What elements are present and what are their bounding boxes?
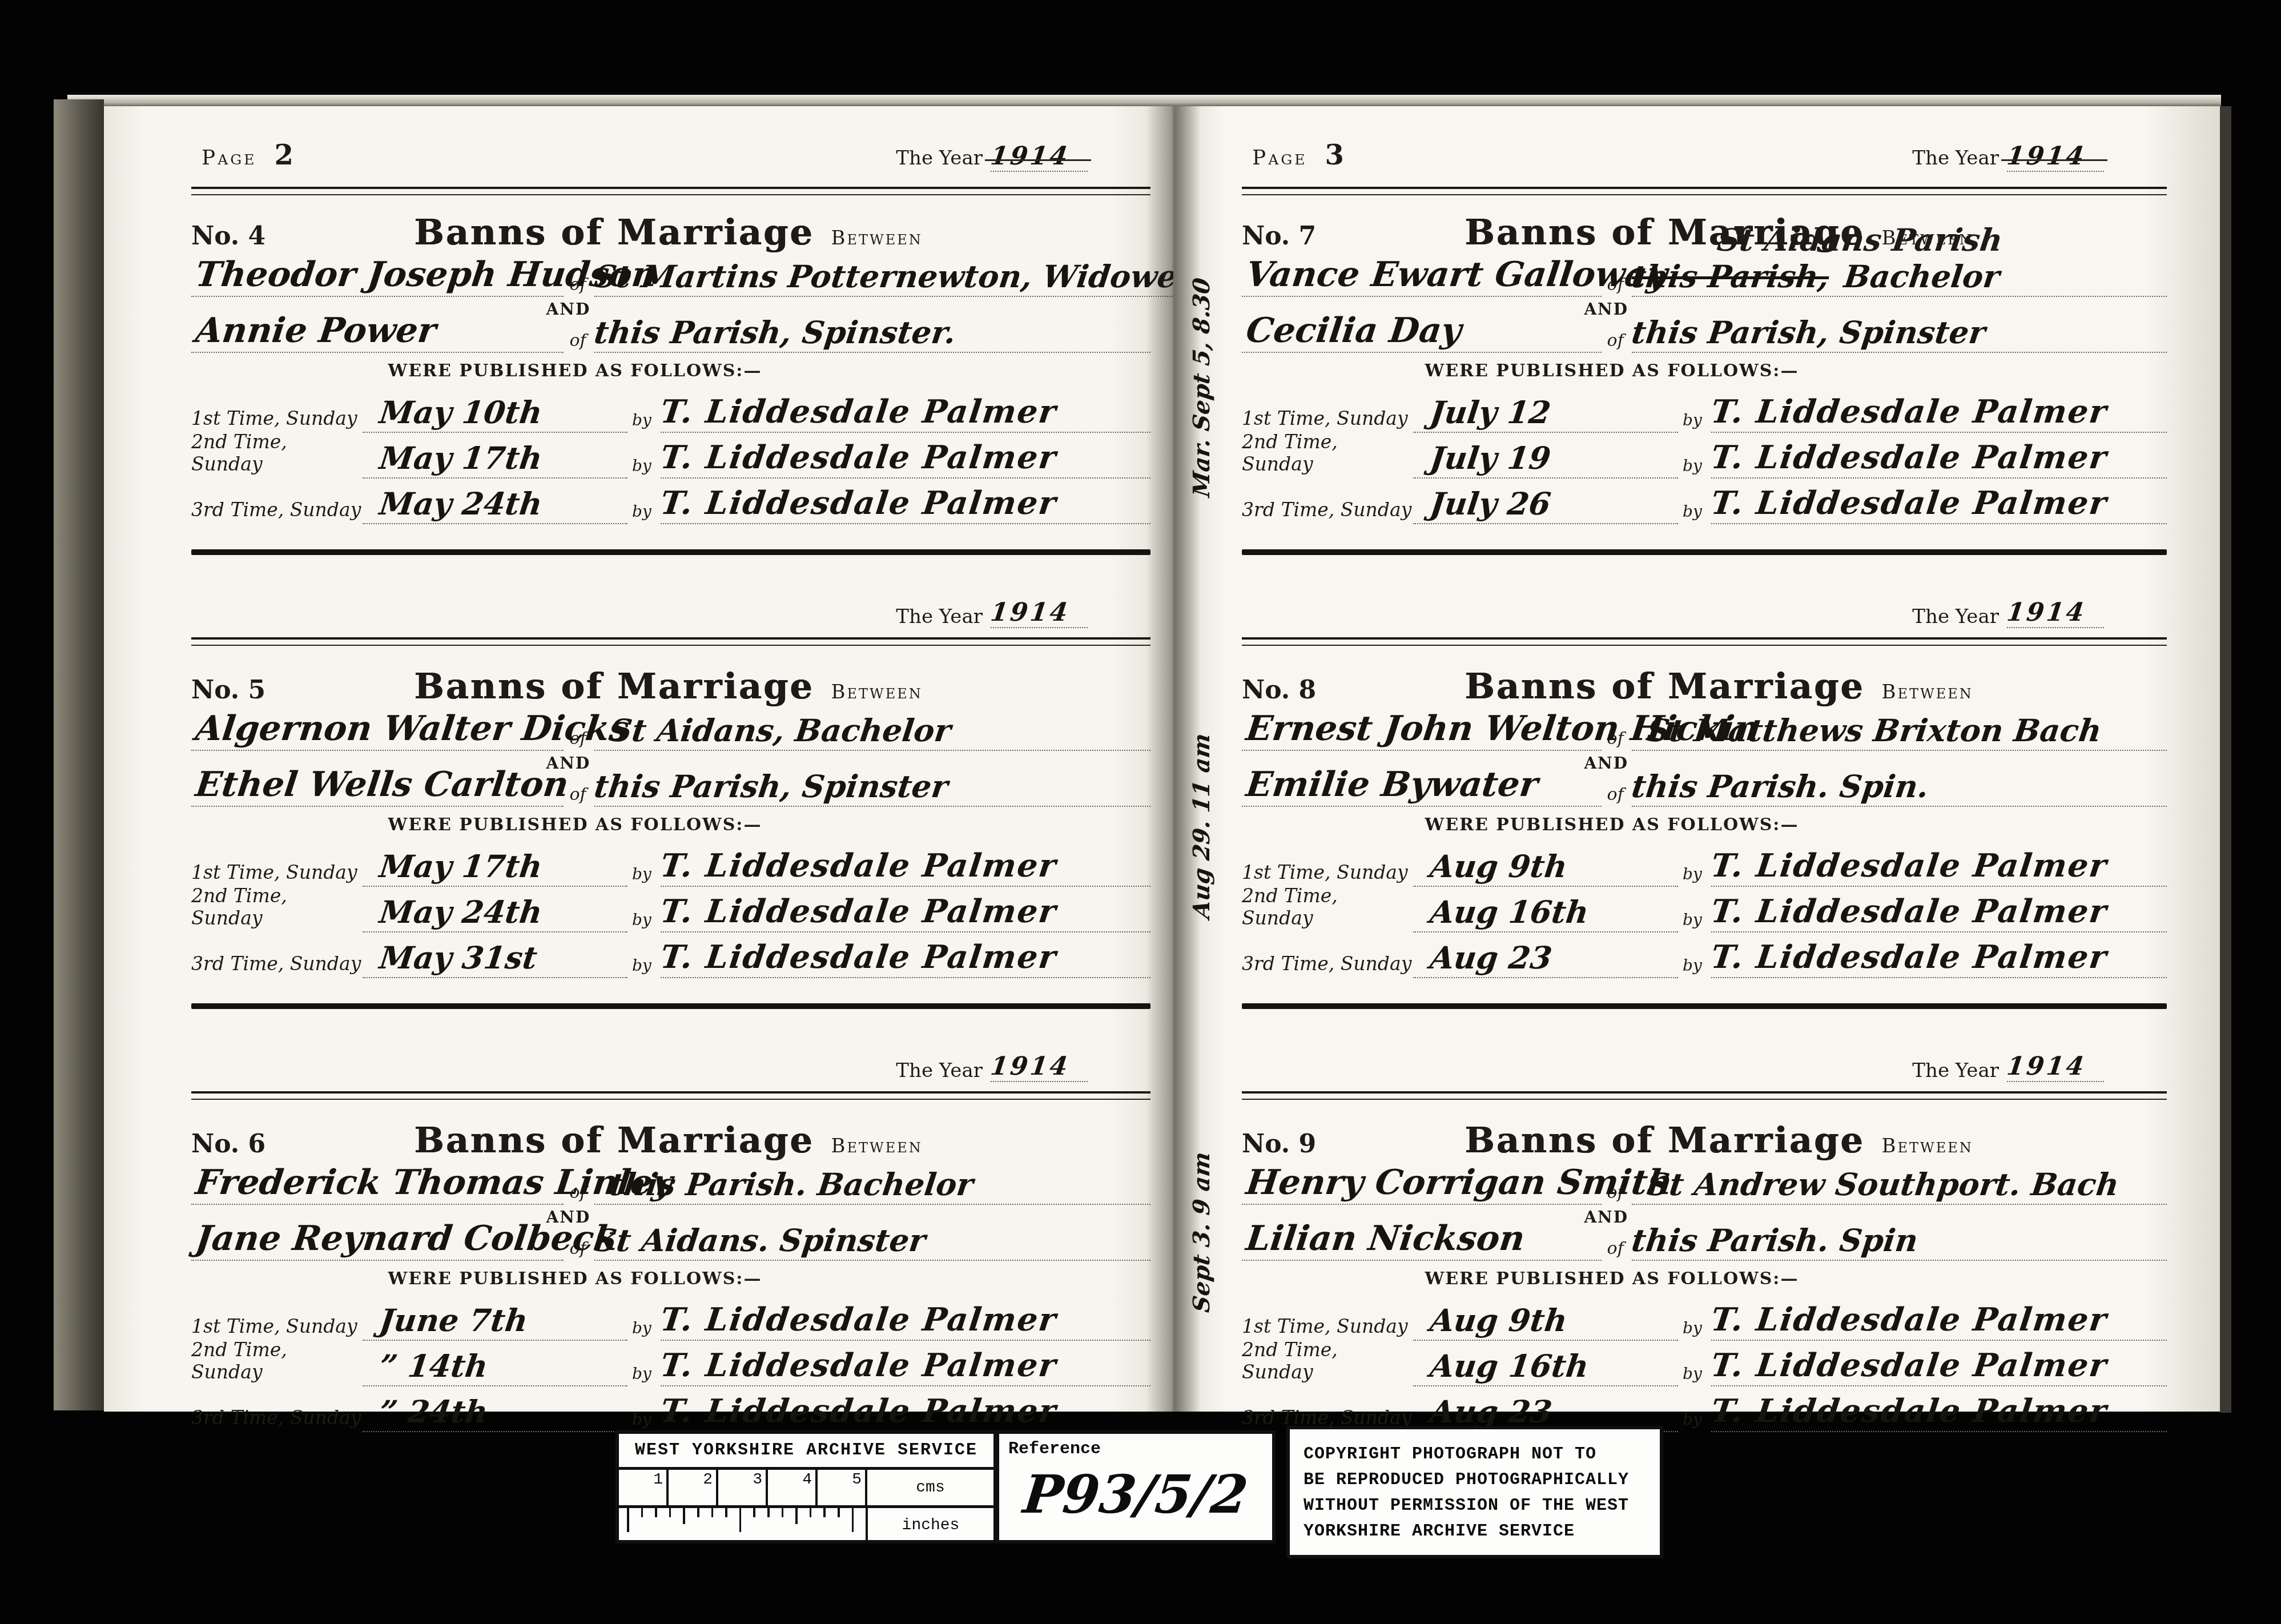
minister-name: T. Liddesdale Palmer: [1709, 484, 2110, 522]
time-date: May 24th: [377, 485, 544, 522]
by-label: by: [1678, 956, 1711, 978]
ruler-inch-row: inches: [619, 1508, 993, 1543]
reference-value: P93/5/2: [1005, 1464, 1266, 1525]
entry-number: No. 9: [1242, 1129, 1356, 1159]
minister-name: T. Liddesdale Palmer: [1709, 439, 2110, 476]
by-label: by: [627, 1364, 661, 1386]
book-spread: Page 2 The Year 1914 No. 4 Banns of Marr…: [104, 106, 2221, 1412]
double-rule: [1242, 1091, 2167, 1100]
time-date: ” 24th: [377, 1393, 490, 1430]
bride-residence: this Parish, Spinster: [1630, 314, 1988, 351]
book-cover-edge-right: [2220, 106, 2231, 1413]
time-row: 1st Time, Sunday July 12 by T. Liddesdal…: [1242, 391, 2167, 433]
archive-title: WEST YORKSHIRE ARCHIVE SERVICE: [619, 1434, 993, 1470]
page-label: Page: [1252, 146, 1308, 170]
time-date: Aug 9th: [1428, 848, 1569, 885]
bride-residence: this Parish, Spinster.: [592, 314, 958, 351]
year-value: 1914: [989, 142, 1072, 171]
time-row: 2nd Time, Sunday ” 14th by T. Liddesdale…: [191, 1341, 1150, 1386]
by-label: by: [1678, 411, 1711, 433]
of-label: of: [564, 331, 594, 353]
book-top-edge: [67, 95, 2221, 106]
bride-row: Ethel Wells Carlton of this Parish, Spin…: [191, 775, 1150, 807]
time-label: 2nd Time, Sunday: [191, 431, 363, 479]
page-2: Page 2 The Year 1914 No. 4 Banns of Marr…: [104, 106, 1173, 1412]
double-rule: [1242, 637, 2167, 646]
by-label: by: [627, 456, 661, 479]
entry-number: No. 5: [191, 676, 305, 705]
minister-name: T. Liddesdale Palmer: [658, 847, 1059, 885]
bride-row: Emilie Bywater of this Parish. Spin.: [1242, 775, 2167, 807]
time-row: 3rd Time, Sunday Aug 23 by T. Liddesdale…: [1242, 932, 2167, 978]
cm-number: 3: [718, 1470, 768, 1505]
double-rule: [191, 637, 1150, 646]
groom-name: Theodor Joseph Hudson: [194, 255, 659, 295]
time-label: 3rd Time, Sunday: [191, 1406, 363, 1432]
time-label: 2nd Time, Sunday: [191, 1338, 363, 1386]
bride-name: Jane Reynard Colbeck: [194, 1219, 620, 1259]
minister-name: T. Liddesdale Palmer: [658, 893, 1059, 930]
minister-name: T. Liddesdale Palmer: [658, 1346, 1059, 1384]
gutter-shadow: [1146, 106, 1201, 1412]
minister-name: T. Liddesdale Palmer: [1709, 393, 2110, 431]
residence-text: Bachelor: [1842, 258, 2002, 295]
ruler-ticks: [619, 1508, 868, 1543]
entry-number: No. 4: [191, 222, 305, 251]
cms-label: cms: [867, 1470, 993, 1505]
time-row: 3rd Time, Sunday May 24th by T. Liddesda…: [191, 479, 1150, 524]
cm-number: 1: [619, 1470, 669, 1505]
by-label: by: [627, 865, 661, 887]
banns-entry: No. 7 Banns of Marriage Between Vance Ew…: [1242, 211, 2167, 555]
of-label: of: [564, 785, 594, 807]
time-date: May 10th: [377, 394, 544, 431]
time-row: 2nd Time, Sunday May 24th by T. Liddesda…: [191, 887, 1150, 932]
by-label: by: [627, 1319, 661, 1341]
minister-name: T. Liddesdale Palmer: [658, 1392, 1059, 1430]
year-label: The Year: [896, 1059, 983, 1082]
page-3: Mar. Sept 5, 8.30 Aug 29. 11 am Sept 3. …: [1173, 106, 2221, 1412]
banns-entry: The Year 1914 No. 9 Banns of Marriage Be…: [1242, 1018, 2167, 1432]
minister-name: T. Liddesdale Palmer: [658, 484, 1059, 522]
between-label: Between: [831, 681, 923, 704]
by-label: by: [627, 1410, 661, 1432]
time-row: 1st Time, Sunday May 17th by T. Liddesda…: [191, 845, 1150, 887]
time-row: 1st Time, Sunday Aug 9th by T. Liddesdal…: [1242, 845, 2167, 887]
residence-text: St Aidans, Bachelor: [608, 712, 953, 749]
time-date: May 24th: [377, 894, 544, 930]
reference-label: Reference: [1008, 1440, 1263, 1459]
time-row: 3rd Time, Sunday July 26 by T. Liddesdal…: [1242, 479, 2167, 524]
time-label: 3rd Time, Sunday: [1242, 952, 1413, 978]
bride-name: Annie Power: [194, 311, 439, 351]
year-label: The Year: [896, 147, 983, 170]
published-label: WERE PUBLISHED AS FOLLOWS:—: [191, 807, 959, 845]
year-value: 1914: [989, 598, 1072, 627]
entry-title: Banns of Marriage: [414, 1119, 814, 1161]
time-row: 1st Time, Sunday Aug 9th by T. Liddesdal…: [1242, 1299, 2167, 1341]
by-label: by: [1678, 456, 1711, 479]
residence-text: this Parish. Bachelor: [608, 1166, 975, 1203]
of-label: of: [1602, 1239, 1632, 1261]
header-rule: [191, 187, 1150, 195]
copyright-line: YORKSHIRE ARCHIVE SERVICE: [1304, 1519, 1646, 1545]
bride-row: Cecilia Day of this Parish, Spinster: [1242, 321, 2167, 353]
by-label: by: [1678, 1319, 1711, 1341]
time-row: 2nd Time, Sunday July 19 by T. Liddesdal…: [1242, 433, 2167, 479]
cm-number: 5: [818, 1470, 867, 1505]
time-date: Aug 23: [1428, 1393, 1554, 1430]
time-date: May 31st: [377, 939, 539, 976]
minister-name: T. Liddesdale Palmer: [658, 393, 1059, 431]
published-label: WERE PUBLISHED AS FOLLOWS:—: [191, 1261, 959, 1299]
time-label: 1st Time, Sunday: [1242, 861, 1413, 887]
by-label: by: [627, 910, 661, 932]
time-date: Aug 9th: [1428, 1302, 1569, 1338]
year-value: 1914: [2005, 142, 2088, 171]
time-date: May 17th: [377, 440, 544, 476]
time-label: 1st Time, Sunday: [1242, 407, 1413, 433]
time-label: 1st Time, Sunday: [191, 861, 363, 887]
groom-residence: St Andrew Southport. Bach: [1632, 1166, 2167, 1205]
header-rule: [1242, 187, 2167, 195]
entry-year-row: The Year 1914: [1242, 1018, 2167, 1083]
time-label: 2nd Time, Sunday: [191, 885, 363, 932]
page-title: Page 3: [1252, 139, 1344, 171]
between-label: Between: [831, 1135, 923, 1157]
inches-label: inches: [868, 1508, 993, 1543]
by-label: by: [1678, 1410, 1711, 1432]
book-cover-edge-left: [54, 99, 104, 1410]
year-label: The Year: [1912, 605, 1999, 628]
minister-name: T. Liddesdale Palmer: [1709, 893, 2110, 930]
time-label: 3rd Time, Sunday: [191, 499, 363, 524]
ruler-cm-row: 1 2 3 4 5 cms: [619, 1470, 993, 1508]
time-row: 2nd Time, Sunday May 17th by T. Liddesda…: [191, 433, 1150, 479]
cm-number: 2: [669, 1470, 718, 1505]
minister-name: T. Liddesdale Palmer: [1709, 847, 2110, 885]
minister-name: T. Liddesdale Palmer: [1709, 938, 2110, 976]
published-label: WERE PUBLISHED AS FOLLOWS:—: [191, 353, 959, 391]
residence-text: St Andrew Southport. Bach: [1645, 1166, 2121, 1203]
time-date: ” 14th: [377, 1348, 490, 1384]
time-row: 2nd Time, Sunday Aug 16th by T. Liddesda…: [1242, 887, 2167, 932]
bride-residence: St Aidans. Spinster: [592, 1222, 928, 1259]
minister-name: T. Liddesdale Palmer: [1709, 1346, 2110, 1384]
copyright-line: COPYRIGHT PHOTOGRAPH NOT TO: [1304, 1442, 1646, 1468]
year-label: The Year: [896, 605, 983, 628]
groom-name: Henry Corrigan Smith: [1244, 1163, 1675, 1203]
minister-name: T. Liddesdale Palmer: [658, 439, 1059, 476]
entry-number: No. 8: [1242, 676, 1356, 705]
time-label: 1st Time, Sunday: [1242, 1315, 1413, 1341]
bride-residence: this Parish. Spin: [1630, 1222, 1920, 1259]
bride-residence: this Parish, Spinster: [592, 768, 950, 805]
entry-divider: [191, 1003, 1150, 1009]
time-date: July 12: [1428, 394, 1553, 431]
cm-number: 4: [768, 1470, 818, 1505]
archive-service-box: WEST YORKSHIRE ARCHIVE SERVICE 1 2 3 4 5…: [615, 1430, 997, 1543]
time-date: July 19: [1428, 440, 1553, 476]
entry-year-row: The Year 1914: [191, 564, 1150, 629]
residence-text: St Martins Potternewton, Widower: [592, 258, 1196, 295]
time-date: Aug 23: [1428, 939, 1554, 976]
entry-title: Banns of Marriage: [1465, 665, 1865, 707]
reference-box: Reference P93/5/2: [997, 1430, 1276, 1543]
groom-residence: St Matthews Brixton Bach: [1632, 712, 2167, 751]
photograph-frame: Page 2 The Year 1914 No. 4 Banns of Marr…: [0, 0, 2281, 1624]
time-label: 3rd Time, Sunday: [1242, 499, 1413, 524]
time-row: 1st Time, Sunday June 7th by T. Liddesda…: [191, 1299, 1150, 1341]
time-row: 2nd Time, Sunday Aug 16th by T. Liddesda…: [1242, 1341, 2167, 1386]
residence-correction: St Aidans Parish: [1715, 222, 2005, 258]
time-date: July 26: [1428, 485, 1553, 522]
copyright-line: BE REPRODUCED PHOTOGRAPHICALLY: [1304, 1468, 1646, 1493]
time-row: 1st Time, Sunday May 10th by T. Liddesda…: [191, 391, 1150, 433]
copyright-line: WITHOUT PERMISSION OF THE WEST: [1304, 1493, 1646, 1519]
entry-number: No. 6: [191, 1129, 305, 1159]
time-row: 3rd Time, Sunday Aug 23 by T. Liddesdale…: [1242, 1386, 2167, 1432]
year-label: The Year: [1912, 147, 1999, 170]
page-3-header: Page 3 The Year 1914: [1242, 106, 2167, 192]
page-number: 3: [1325, 139, 1344, 171]
bride-row: Lilian Nickson of this Parish. Spin: [1242, 1229, 2167, 1261]
groom-residence: St Aidans Parish this Parish, Bachelor: [1632, 258, 2167, 297]
page-number: 2: [275, 139, 293, 171]
banns-entry: The Year 1914 No. 5 Banns of Marriage Be…: [191, 564, 1150, 1009]
entry-title: Banns of Marriage: [1465, 1119, 1865, 1161]
time-label: 2nd Time, Sunday: [1242, 885, 1413, 932]
time-label: 3rd Time, Sunday: [191, 952, 363, 978]
of-label: of: [1602, 331, 1632, 353]
entry-year-row: The Year 1914: [1242, 564, 2167, 629]
year-label: The Year: [1912, 1059, 1999, 1082]
time-label: 1st Time, Sunday: [191, 407, 363, 433]
time-label: 2nd Time, Sunday: [1242, 431, 1413, 479]
copyright-box: COPYRIGHT PHOTOGRAPH NOT TO BE REPRODUCE…: [1286, 1426, 1663, 1558]
banns-entry: No. 4 Banns of Marriage Between Theodor …: [191, 211, 1150, 555]
by-label: by: [627, 956, 661, 978]
time-date: May 17th: [377, 848, 544, 885]
entry-divider: [191, 549, 1150, 555]
groom-row: Theodor Joseph Hudson of St Martins Pott…: [191, 244, 1150, 297]
page-label: Page: [202, 146, 257, 170]
published-label: WERE PUBLISHED AS FOLLOWS:—: [1242, 1261, 1982, 1299]
groom-residence: St Aidans, Bachelor: [594, 712, 1150, 751]
page-title: Page 2: [202, 139, 293, 171]
banns-entry: The Year 1914 No. 8 Banns of Marriage Be…: [1242, 564, 2167, 1009]
entry-title: Banns of Marriage: [414, 665, 814, 707]
between-label: Between: [1882, 681, 1973, 704]
groom-residence: St Martins Potternewton, Widower: [594, 247, 1193, 297]
page-2-header: Page 2 The Year 1914: [191, 106, 1150, 192]
time-row: 3rd Time, Sunday ” 24th by T. Liddesdale…: [191, 1386, 1150, 1432]
by-label: by: [1678, 502, 1711, 524]
bride-name: Lilian Nickson: [1244, 1219, 1527, 1259]
by-label: by: [1678, 865, 1711, 887]
published-label: WERE PUBLISHED AS FOLLOWS:—: [1242, 807, 1982, 845]
groom-name: Vance Ewart Galloway: [1244, 255, 1669, 295]
between-label: Between: [831, 227, 923, 250]
bride-name: Emilie Bywater: [1244, 765, 1540, 805]
time-label: 2nd Time, Sunday: [1242, 1338, 1413, 1386]
entry-number: No. 7: [1242, 222, 1356, 251]
between-label: Between: [1882, 1135, 1973, 1157]
residence-text: St Matthews Brixton Bach: [1645, 712, 2103, 749]
year-value: 1914: [2005, 598, 2088, 627]
groom-name: Algernon Walter Dicks: [194, 709, 631, 749]
year-value: 1914: [2005, 1052, 2088, 1081]
banns-entry: The Year 1914 No. 6 Banns of Marriage Be…: [191, 1018, 1150, 1432]
minister-name: T. Liddesdale Palmer: [658, 1301, 1059, 1338]
groom-residence: this Parish. Bachelor: [594, 1166, 1150, 1205]
of-label: of: [1602, 785, 1632, 807]
entry-divider: [1242, 549, 2167, 555]
time-row: 3rd Time, Sunday May 31st by T. Liddesda…: [191, 932, 1150, 978]
bride-name: Ethel Wells Carlton: [194, 765, 571, 805]
minister-name: T. Liddesdale Palmer: [658, 938, 1059, 976]
entry-divider: [1242, 1003, 2167, 1009]
residence-struck: this Parish,: [1630, 258, 1831, 295]
entry-year-row: The Year 1914: [191, 1018, 1150, 1083]
minister-name: T. Liddesdale Palmer: [1709, 1301, 2110, 1338]
double-rule: [191, 1091, 1150, 1100]
bride-row: Jane Reynard Colbeck of St Aidans. Spins…: [191, 1229, 1150, 1261]
year-value: 1914: [989, 1052, 1072, 1081]
by-label: by: [627, 502, 661, 524]
by-label: by: [1678, 1364, 1711, 1386]
time-label: 1st Time, Sunday: [191, 1315, 363, 1341]
time-date: Aug 16th: [1428, 894, 1591, 930]
by-label: by: [1678, 910, 1711, 932]
published-label: WERE PUBLISHED AS FOLLOWS:—: [1242, 353, 1982, 391]
time-date: Aug 16th: [1428, 1348, 1591, 1384]
bride-row: Annie Power of this Parish, Spinster.: [191, 321, 1150, 353]
bride-residence: this Parish. Spin.: [1630, 768, 1930, 805]
minister-name: T. Liddesdale Palmer: [1709, 1392, 2110, 1430]
by-label: by: [627, 411, 661, 433]
time-date: June 7th: [377, 1302, 530, 1338]
bride-name: Cecilia Day: [1244, 311, 1464, 351]
